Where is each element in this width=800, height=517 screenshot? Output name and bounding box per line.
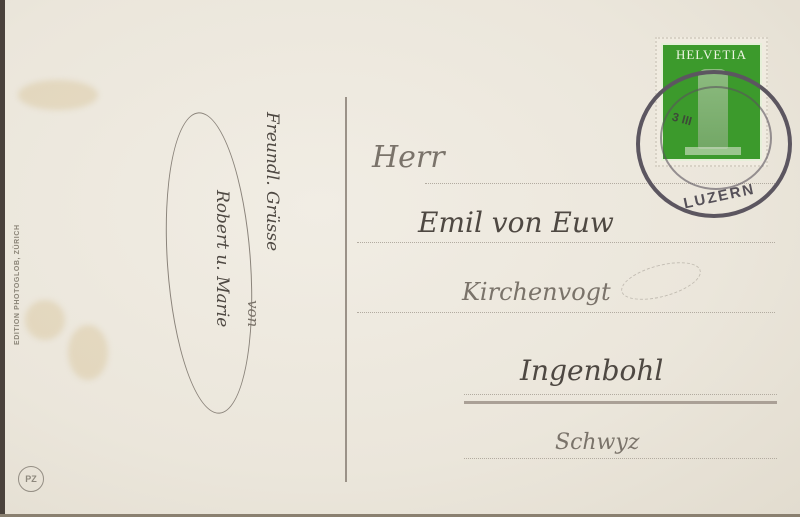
address-title: Kirchenvogt: [462, 278, 611, 306]
stamp-country: HELVETIA: [663, 47, 760, 63]
postmark-inner-ring: [660, 86, 772, 190]
address-line: [357, 242, 775, 243]
center-divider: [345, 97, 347, 482]
address-name: Emil von Euw: [418, 206, 614, 239]
age-stain: [18, 80, 98, 110]
message-line-2: von: [244, 300, 262, 327]
faint-cancellation: [617, 255, 704, 307]
age-stain: [68, 325, 108, 380]
address-underline: [464, 401, 777, 404]
publisher-imprint: EDITION PHOTOGLOB, ZÜRICH: [14, 224, 21, 345]
address-region: Schwyz: [555, 430, 639, 455]
scan-edge: [0, 0, 5, 517]
address-salutation: Herr: [372, 140, 445, 175]
age-stain: [25, 300, 65, 340]
address-town: Ingenbohl: [520, 354, 663, 387]
handwriting-flourish: [157, 109, 262, 416]
message-line-3: Robert u. Marie: [212, 190, 232, 327]
postcard-back: EDITION PHOTOGLOB, ZÜRICH PZ Freundl. Gr…: [0, 0, 800, 517]
address-line: [357, 312, 775, 313]
publisher-logo: PZ: [18, 466, 44, 492]
address-line: [464, 394, 777, 395]
message-line-1: Freundl. Grüsse: [262, 112, 282, 251]
address-line: [464, 458, 777, 459]
